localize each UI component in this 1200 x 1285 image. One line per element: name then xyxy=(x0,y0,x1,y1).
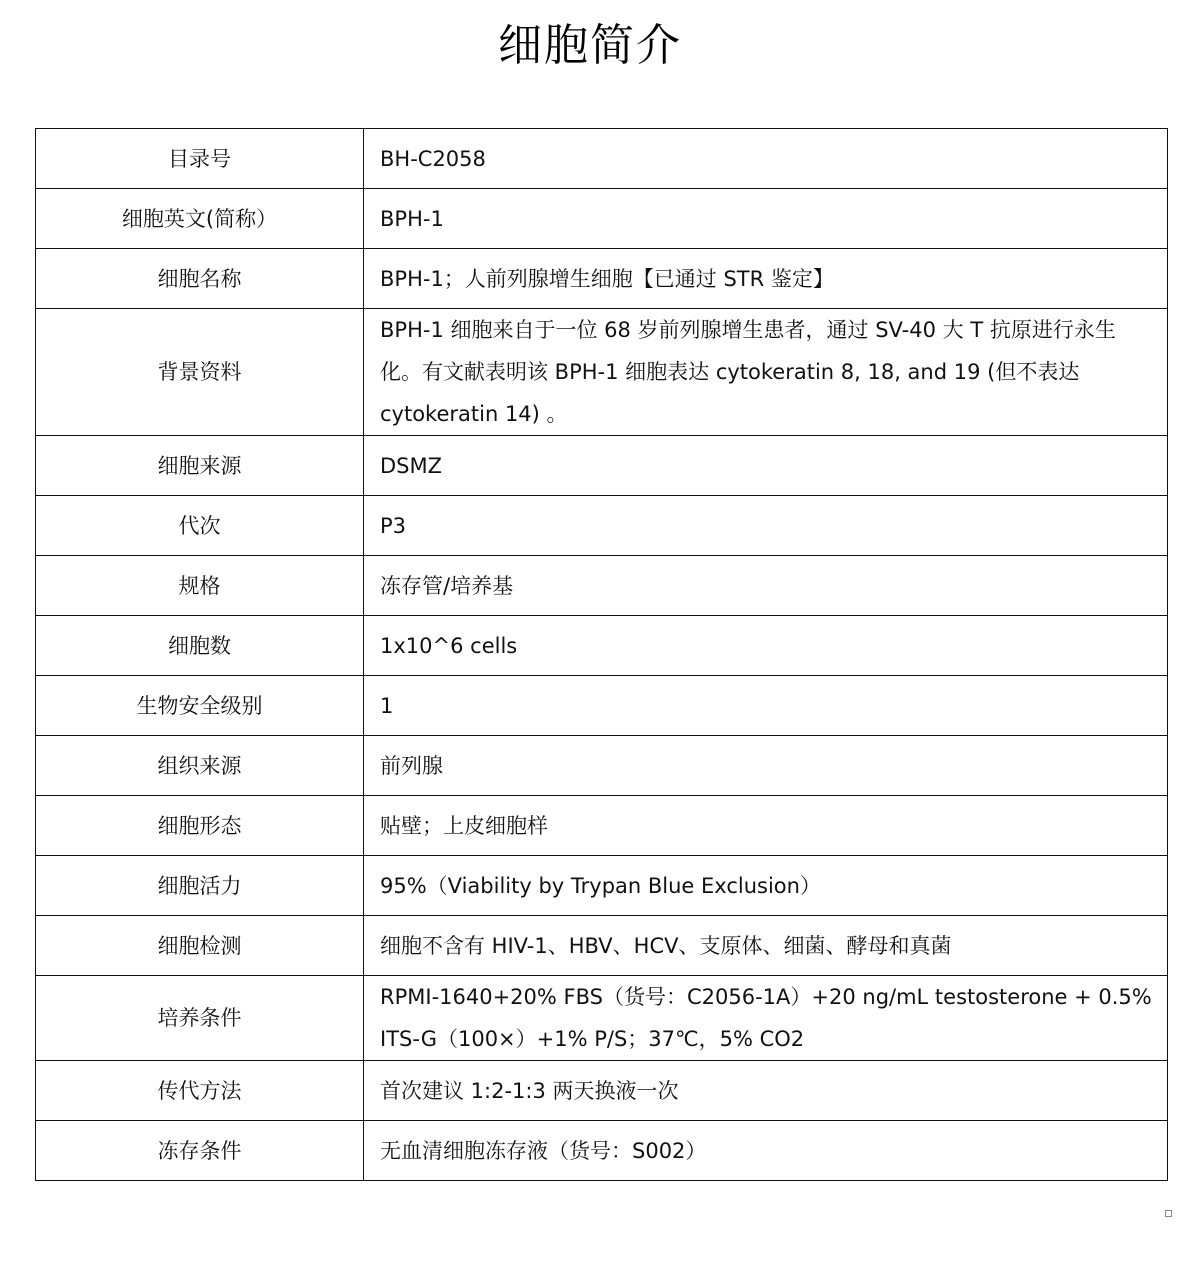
table-row-culture-conditions: 培养条件 RPMI-1640+20% FBS（货号：C2056-1A）+20 n… xyxy=(36,976,1168,1061)
table-row-catalog-number: 目录号 BH-C2058 xyxy=(36,129,1168,189)
row-value: 1x10^6 cells xyxy=(364,616,1168,676)
row-value: 1 xyxy=(364,676,1168,736)
row-value: P3 xyxy=(364,496,1168,556)
table-row-freezing-conditions: 冻存条件 无血清细胞冻存液（货号：S002） xyxy=(36,1121,1168,1181)
row-label: 代次 xyxy=(36,496,364,556)
row-value: 无血清细胞冻存液（货号：S002） xyxy=(364,1121,1168,1181)
row-label: 细胞数 xyxy=(36,616,364,676)
row-label: 细胞来源 xyxy=(36,436,364,496)
row-value: BH-C2058 xyxy=(364,129,1168,189)
row-label: 培养条件 xyxy=(36,976,364,1061)
row-value: 冻存管/培养基 xyxy=(364,556,1168,616)
row-label: 冻存条件 xyxy=(36,1121,364,1181)
row-label: 生物安全级别 xyxy=(36,676,364,736)
table-row-biosafety-level: 生物安全级别 1 xyxy=(36,676,1168,736)
table-row-subculture-method: 传代方法 首次建议 1:2-1:3 两天换液一次 xyxy=(36,1061,1168,1121)
row-value: RPMI-1640+20% FBS（货号：C2056-1A）+20 ng/mL … xyxy=(364,976,1168,1061)
table-row-passage: 代次 P3 xyxy=(36,496,1168,556)
page-title: 细胞简介 xyxy=(0,14,1180,78)
row-value: 首次建议 1:2-1:3 两天换液一次 xyxy=(364,1061,1168,1121)
cell-info-table: 目录号 BH-C2058 细胞英文(简称） BPH-1 细胞名称 BPH-1；人… xyxy=(35,128,1168,1181)
row-label: 细胞检测 xyxy=(36,916,364,976)
row-label: 细胞活力 xyxy=(36,856,364,916)
table-row-background: 背景资料 BPH-1 细胞来自于一位 68 岁前列腺增生患者，通过 SV-40 … xyxy=(36,309,1168,436)
row-value: BPH-1 细胞来自于一位 68 岁前列腺增生患者，通过 SV-40 大 T 抗… xyxy=(364,309,1168,436)
table-row-tissue-source: 组织来源 前列腺 xyxy=(36,736,1168,796)
table-row-cell-name: 细胞名称 BPH-1；人前列腺增生细胞【已通过 STR 鉴定】 xyxy=(36,249,1168,309)
table-row-cell-count: 细胞数 1x10^6 cells xyxy=(36,616,1168,676)
row-value: DSMZ xyxy=(364,436,1168,496)
row-value: 细胞不含有 HIV-1、HBV、HCV、支原体、细菌、酵母和真菌 xyxy=(364,916,1168,976)
table-row-viability: 细胞活力 95%（Viability by Trypan Blue Exclus… xyxy=(36,856,1168,916)
row-label: 组织来源 xyxy=(36,736,364,796)
row-label: 细胞形态 xyxy=(36,796,364,856)
table-row-specification: 规格 冻存管/培养基 xyxy=(36,556,1168,616)
row-value: 前列腺 xyxy=(364,736,1168,796)
table-row-morphology: 细胞形态 贴壁；上皮细胞样 xyxy=(36,796,1168,856)
row-label: 细胞名称 xyxy=(36,249,364,309)
row-value: BPH-1 xyxy=(364,189,1168,249)
row-label: 规格 xyxy=(36,556,364,616)
row-label: 目录号 xyxy=(36,129,364,189)
row-label: 传代方法 xyxy=(36,1061,364,1121)
table-row-source: 细胞来源 DSMZ xyxy=(36,436,1168,496)
row-value: 贴壁；上皮细胞样 xyxy=(364,796,1168,856)
table-row-english-name: 细胞英文(简称） BPH-1 xyxy=(36,189,1168,249)
row-label: 背景资料 xyxy=(36,309,364,436)
row-value: 95%（Viability by Trypan Blue Exclusion） xyxy=(364,856,1168,916)
table-row-testing: 细胞检测 细胞不含有 HIV-1、HBV、HCV、支原体、细菌、酵母和真菌 xyxy=(36,916,1168,976)
row-value: BPH-1；人前列腺增生细胞【已通过 STR 鉴定】 xyxy=(364,249,1168,309)
row-label: 细胞英文(简称） xyxy=(36,189,364,249)
table-resize-handle[interactable] xyxy=(1165,1210,1172,1217)
